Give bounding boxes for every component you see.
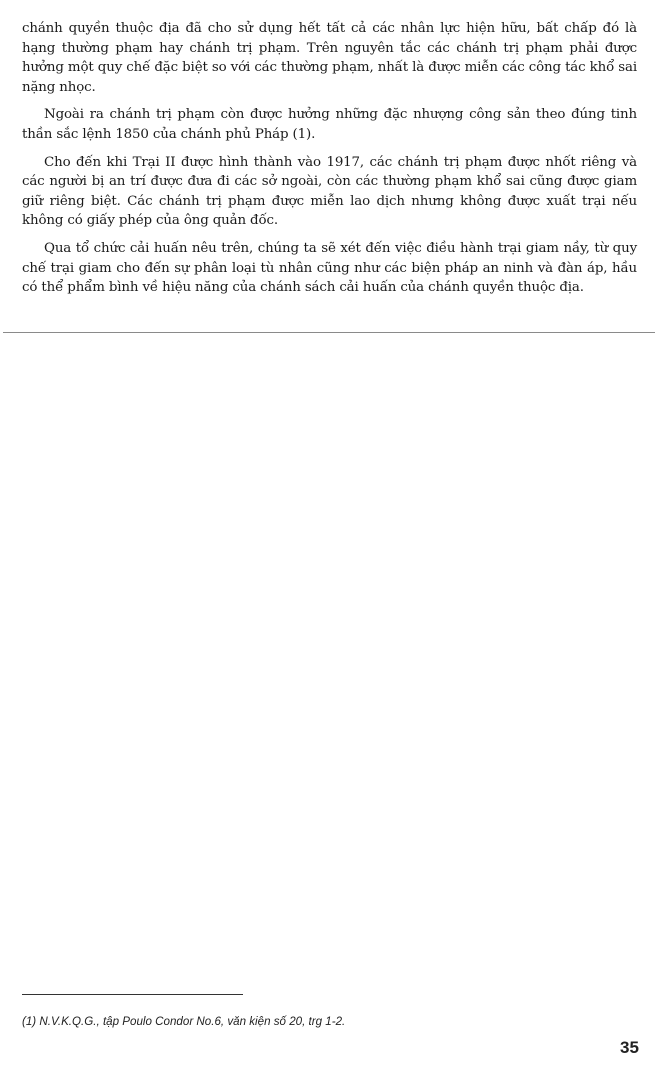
section-divider: [3, 332, 655, 333]
footnote: (1) N.V.K.Q.G., tập Poulo Condor No.6, v…: [22, 1015, 345, 1028]
page-number: 35: [620, 1038, 639, 1058]
paragraph-1: chánh quyền thuộc địa đã cho sử dụng hết…: [22, 19, 637, 97]
paragraph-3: Cho đến khi Trại II được hình thành vào …: [22, 153, 637, 231]
footnote-rule: [22, 994, 243, 995]
paragraph-4: Qua tổ chức cải huấn nêu trên, chúng ta …: [22, 239, 637, 298]
body-text: chánh quyền thuộc địa đã cho sử dụng hết…: [22, 19, 637, 306]
paragraph-2: Ngoài ra chánh trị phạm còn được hưởng n…: [22, 105, 637, 144]
